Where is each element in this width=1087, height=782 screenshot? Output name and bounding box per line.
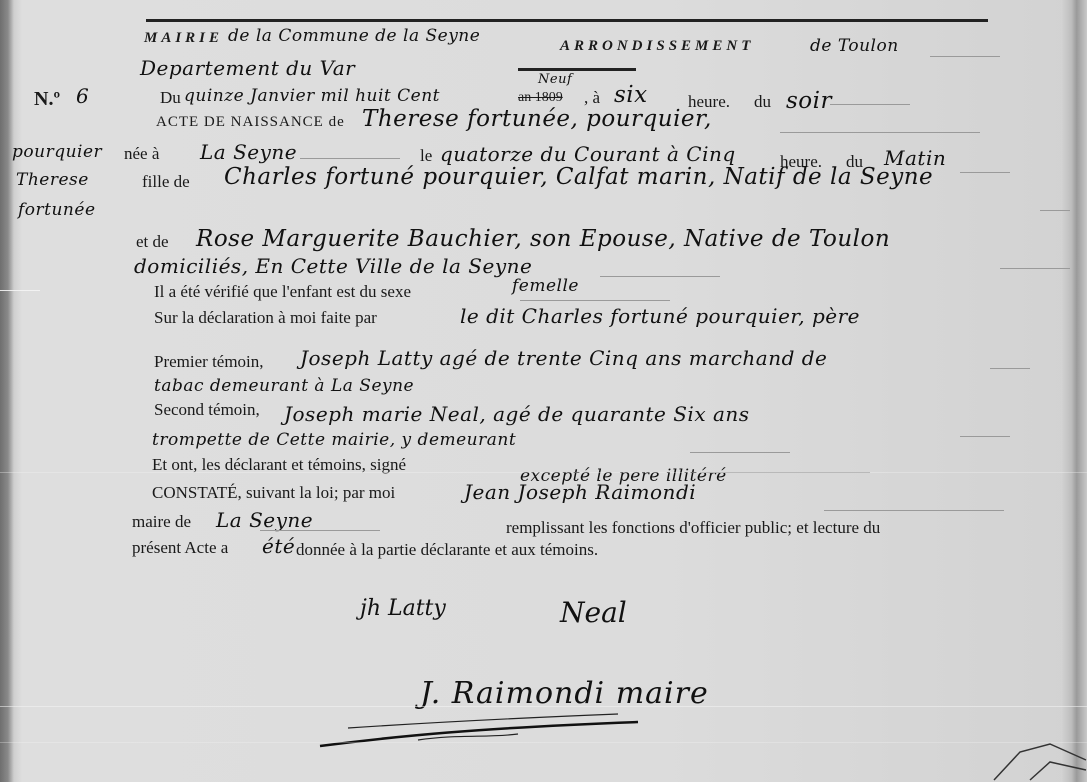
sex-value-hand: femelle bbox=[512, 276, 579, 296]
final-text-a: présent Acte a bbox=[132, 538, 228, 558]
declaration-label: Sur la déclaration à moi faite par bbox=[154, 308, 377, 328]
departement-hand: Departement du Var bbox=[140, 56, 355, 80]
maire-place-rule bbox=[260, 530, 380, 531]
margin-note-line2: fortunée bbox=[18, 200, 96, 220]
scan-artifact bbox=[0, 290, 40, 291]
mother-rule bbox=[1000, 268, 1070, 269]
mother-label: et de bbox=[136, 232, 169, 252]
constate-rule bbox=[824, 510, 1004, 511]
domicile-rule bbox=[600, 276, 720, 277]
witness2-hand-2: trompette de Cette mairie, y demeurant bbox=[152, 430, 516, 450]
child-name-hand: Therese fortunée, pourquier, bbox=[362, 106, 712, 132]
departement-rule bbox=[518, 68, 636, 71]
father-hand: Charles fortuné pourquier, Calfat marin,… bbox=[224, 164, 933, 190]
year-correction-hand: Neuf bbox=[538, 72, 572, 87]
maire-label-2: remplissant les fonctions d'officier pub… bbox=[506, 518, 880, 538]
witness1-hand: Joseph Latty agé de trente Cinq ans marc… bbox=[300, 346, 827, 370]
witness2-rule bbox=[960, 436, 1010, 437]
constate-label: CONSTATÉ, suivant la loi; par moi bbox=[152, 483, 395, 503]
margin-note-line1: Therese bbox=[16, 170, 89, 190]
margin-surname-hand: pourquier bbox=[12, 142, 102, 162]
maire-place-hand: La Seyne bbox=[216, 508, 313, 532]
birth-rule bbox=[960, 172, 1010, 173]
witness2-label: Second témoin, bbox=[154, 400, 260, 420]
nee-label: née à bbox=[124, 144, 159, 164]
scanned-document-page: MAIRIE de la Commune de la Seyne ARRONDI… bbox=[0, 0, 1087, 782]
scan-artifact bbox=[0, 472, 1087, 473]
father-rule bbox=[1040, 210, 1070, 211]
mairie-label: MAIRIE bbox=[144, 30, 223, 47]
final-text-b: donnée à la partie déclarante et aux tém… bbox=[296, 540, 598, 560]
signature-witness1: jh Latty bbox=[360, 596, 446, 621]
mother-hand: Rose Marguerite Bauchier, son Epouse, Na… bbox=[196, 226, 890, 252]
sex-rule bbox=[520, 300, 670, 301]
witness1-rule bbox=[990, 368, 1030, 369]
witness2-hand: Joseph marie Neal, agé de quarante Six a… bbox=[284, 402, 750, 426]
page-right-edge bbox=[1061, 0, 1087, 782]
date-hand: quinze Janvier mil huit Cent bbox=[184, 86, 440, 106]
birth-place-rule bbox=[300, 158, 400, 159]
record-number-value: 6 bbox=[76, 84, 89, 108]
witness1-hand-2: tabac demeurant à La Seyne bbox=[154, 376, 414, 396]
scan-artifact bbox=[0, 742, 1087, 743]
domicile-hand: domiciliés, En Cette Ville de la Seyne bbox=[134, 254, 532, 278]
arrondissement-label: ARRONDISSEMENT bbox=[560, 38, 754, 55]
birth-date-hand: quatorze du Courant à Cinq bbox=[440, 142, 736, 166]
sex-label: Il a été vérifié que l'enfant est du sex… bbox=[154, 282, 411, 302]
le-label: le bbox=[420, 146, 432, 166]
scan-artifact bbox=[0, 706, 1087, 707]
printed-year: an 1809 bbox=[518, 90, 563, 106]
du-label: du bbox=[754, 92, 771, 112]
top-rule bbox=[146, 19, 988, 22]
witness1-label: Premier témoin, bbox=[154, 352, 264, 372]
record-number-label: N.º bbox=[34, 88, 60, 111]
arrondissement-hand: de Toulon bbox=[810, 36, 899, 56]
date-prefix: Du bbox=[160, 88, 181, 108]
arrondissement-rule bbox=[930, 56, 1000, 57]
final-hand: été bbox=[262, 534, 295, 558]
period-hand: soir bbox=[786, 88, 832, 114]
acte-rule bbox=[780, 132, 980, 133]
acte-label: ACTE DE NAISSANCE de bbox=[156, 114, 345, 131]
signature-witness2: Neal bbox=[560, 596, 627, 629]
birth-place-hand: La Seyne bbox=[200, 140, 297, 164]
constate-hand: Jean Joseph Raimondi bbox=[464, 480, 696, 504]
page-corner-mark-icon bbox=[990, 730, 1087, 782]
date-at: , à bbox=[584, 88, 600, 108]
hour-hand: six bbox=[614, 82, 648, 108]
witness2-rule-2 bbox=[690, 452, 790, 453]
declaration-hand: le dit Charles fortuné pourquier, père bbox=[460, 304, 860, 328]
date-rule bbox=[830, 104, 910, 105]
mairie-commune-hand: de la Commune de la Seyne bbox=[228, 26, 480, 46]
father-label: fille de bbox=[142, 172, 190, 192]
maire-label: maire de bbox=[132, 512, 191, 532]
